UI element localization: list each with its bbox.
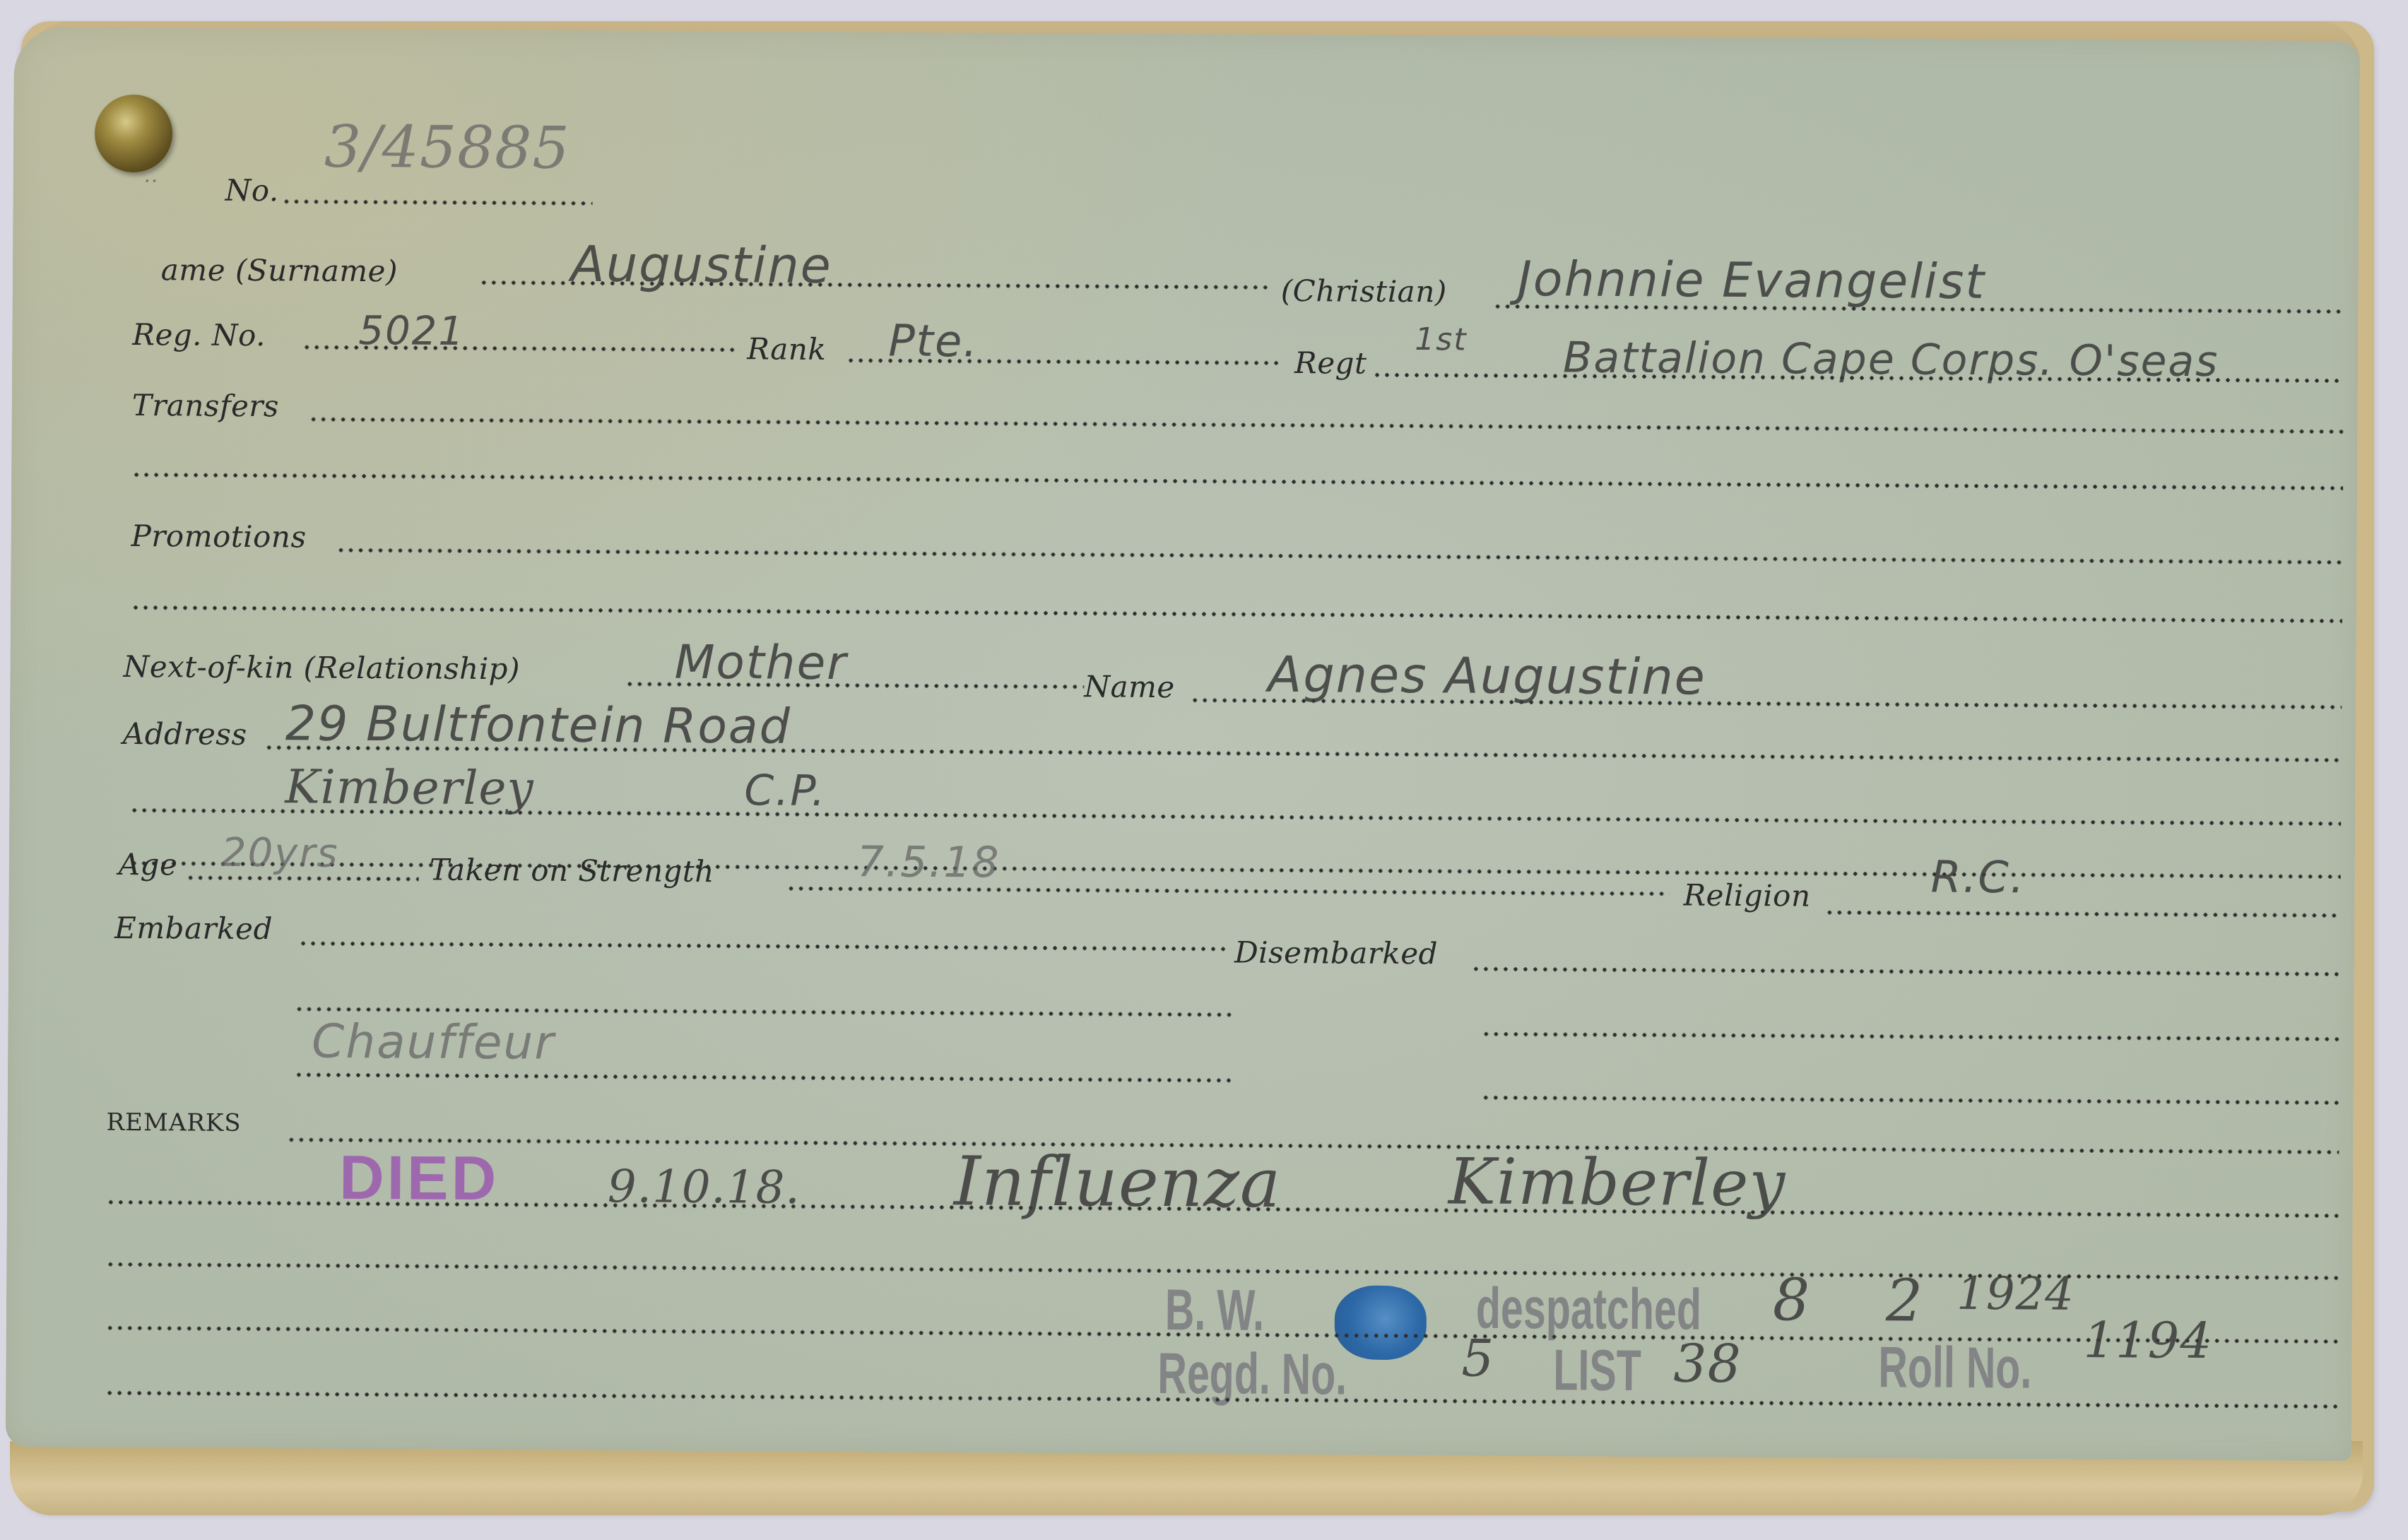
number-label: No. xyxy=(225,173,278,208)
occupation-value: Chauffeur xyxy=(312,1014,555,1070)
promotions-label: Promotions xyxy=(131,519,306,555)
embarked-label: Embarked xyxy=(114,911,273,946)
surname-value: Augustine xyxy=(571,235,832,295)
age-dotted-line xyxy=(186,876,419,882)
disembarked-dotted-line-3 xyxy=(1481,1096,2339,1105)
address-line2-suffix: C.P. xyxy=(744,766,826,816)
disembarked-dotted-line xyxy=(1471,967,2340,977)
christian-label: (Christian) xyxy=(1281,273,1447,309)
roll-no-value: 1194 xyxy=(2083,1311,2212,1370)
transfers-dotted-line-2 xyxy=(131,473,2343,490)
nok-name-value: Agnes Augustine xyxy=(1268,646,1706,706)
number-label-prefix: ·· xyxy=(144,169,158,194)
promotions-dotted-line xyxy=(336,548,2342,564)
nok-name-label: Name xyxy=(1084,669,1175,704)
religion-value: R.C. xyxy=(1930,851,2025,904)
age-value: 20yrs xyxy=(221,830,339,877)
religion-dotted-line xyxy=(1824,911,2340,918)
record-card: ·· No. 3/45885 ame (Surname) Augustine (… xyxy=(6,27,2360,1461)
next-of-kin-value: Mother xyxy=(674,635,847,690)
regt-value: Battalion Cape Corps. O'seas xyxy=(1563,333,2219,386)
disembarked-label: Disembarked xyxy=(1234,935,1438,971)
rank-label: Rank xyxy=(747,331,826,367)
remarks-date: 9.10.18. xyxy=(608,1161,801,1214)
rank-value: Pte. xyxy=(888,315,979,367)
list-label: LIST xyxy=(1553,1337,1641,1404)
transfers-label: Transfers xyxy=(132,388,280,423)
remarks-label: REMARKS xyxy=(106,1108,241,1137)
number-value: 3/45885 xyxy=(324,114,570,182)
disembarked-dotted-line-2 xyxy=(1481,1032,2339,1041)
age-label: Age xyxy=(119,847,178,882)
reg-no-label: Reg. No. xyxy=(132,317,266,353)
brass-rivet-icon xyxy=(95,95,173,173)
blue-ink-blot xyxy=(1335,1285,1427,1360)
reg-no-value: 5021 xyxy=(358,308,465,355)
regd-no-value: 5 xyxy=(1461,1329,1494,1388)
address-line1: 29 Bultfontein Road xyxy=(285,696,791,754)
next-of-kin-label: Next-of-kin (Relationship) xyxy=(123,649,520,686)
taken-on-strength-value: 7.5.18 xyxy=(857,837,1001,887)
bwm-date-year: 1924 xyxy=(1956,1268,2074,1321)
remarks-cause: Influenza xyxy=(954,1142,1282,1223)
address-line2: Kimberley xyxy=(285,759,534,815)
transfers-dotted-line xyxy=(309,417,2344,434)
remarks-place: Kimberley xyxy=(1448,1144,1786,1221)
list-value: 38 xyxy=(1673,1333,1742,1394)
embarked-dotted-line-3 xyxy=(294,1072,1234,1082)
roll-no-label: Roll No. xyxy=(1878,1334,2031,1402)
taken-on-strength-dotted-line xyxy=(786,887,1670,896)
taken-on-strength-label: Taken on Strength xyxy=(430,853,714,889)
remarks-dotted-line xyxy=(286,1137,2339,1154)
bwm-stamp-despatched: despatched xyxy=(1476,1276,1702,1344)
bwm-date-day: 8 xyxy=(1773,1267,1811,1334)
address-label: Address xyxy=(123,716,247,752)
promotions-dotted-line-2 xyxy=(131,605,2342,623)
number-dotted-line xyxy=(281,199,592,206)
religion-label: Religion xyxy=(1683,877,1810,913)
embarked-dotted-line xyxy=(298,941,1231,951)
christian-value: Johnnie Evangelist xyxy=(1518,251,1986,310)
surname-label: ame (Surname) xyxy=(161,252,398,288)
regt-ordinal: 1st xyxy=(1415,321,1467,357)
bwm-date-month: 2 xyxy=(1886,1267,1924,1334)
regt-label: Regt xyxy=(1294,345,1367,381)
